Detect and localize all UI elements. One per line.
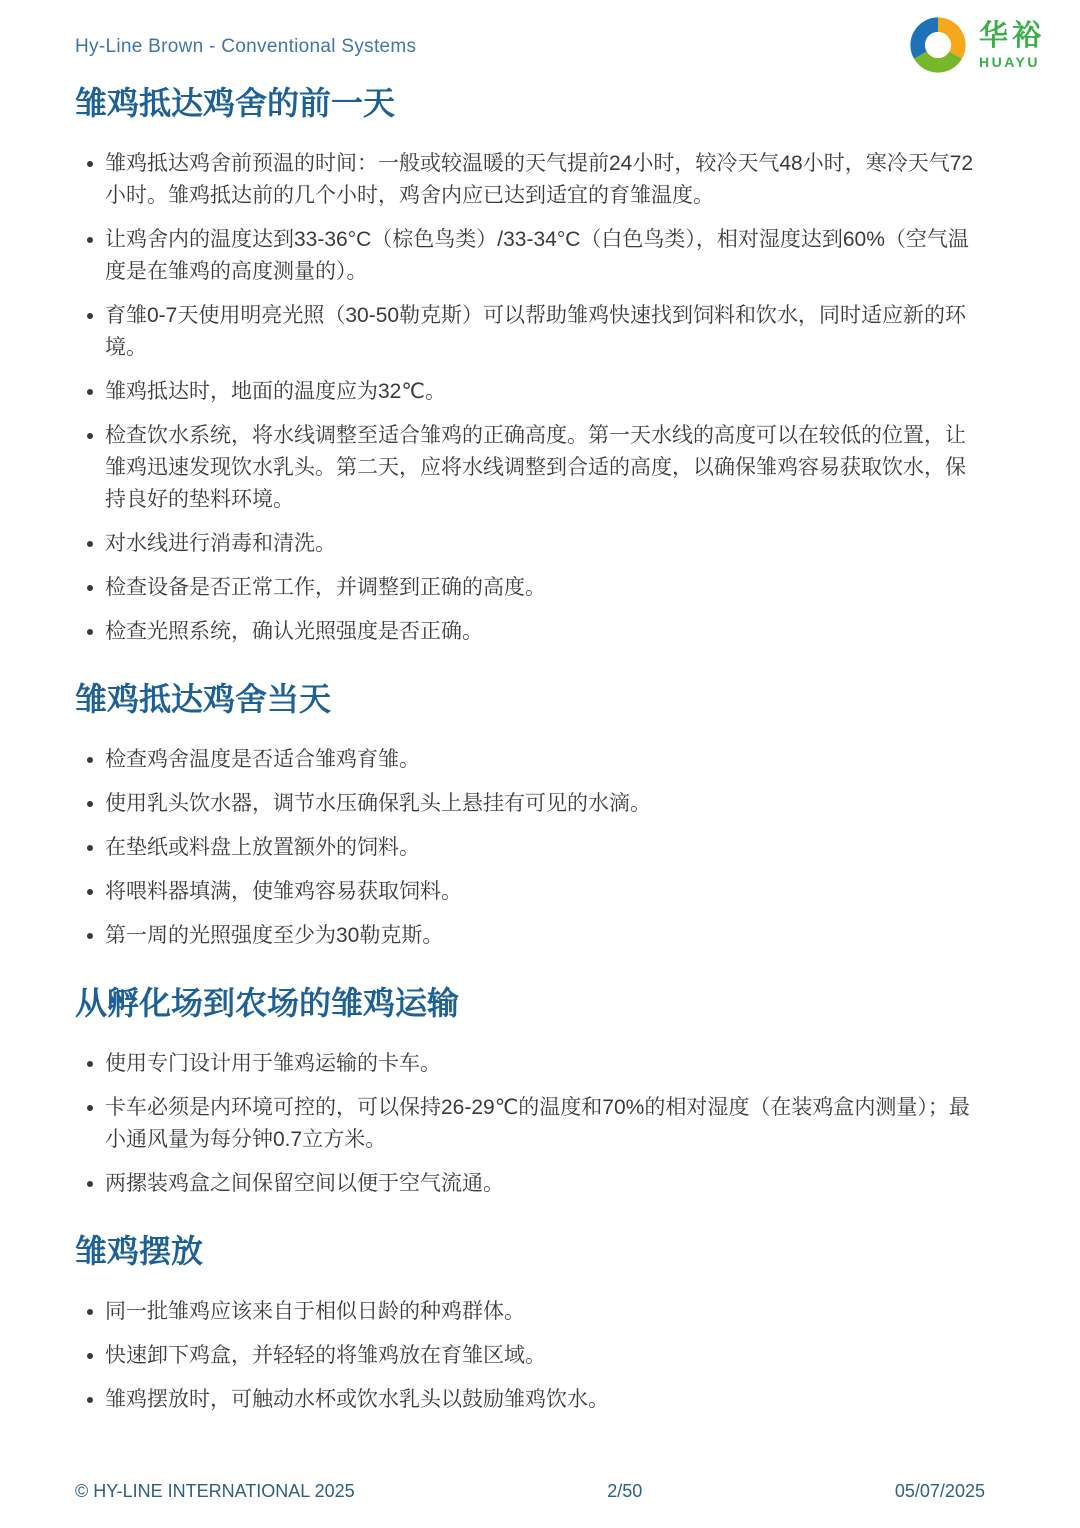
huayu-logo: 华裕 HUAYU	[907, 14, 1045, 76]
section-title-chick-placement: 雏鸡摆放	[75, 1230, 985, 1272]
list-item: 育雏0-7天使用明亮光照（30-50勒克斯）可以帮助雏鸡快速找到饲料和饮水，同时…	[75, 300, 985, 364]
list-item: 将喂料器填满，使雏鸡容易获取饲料。	[75, 876, 985, 908]
bullet-icon	[87, 1181, 93, 1187]
list-item-text: 使用专门设计用于雏鸡运输的卡车。	[105, 1048, 985, 1080]
logo-name-chinese: 华裕	[979, 22, 1045, 51]
list-item-text: 第一周的光照强度至少为30勒克斯。	[105, 920, 985, 952]
page-footer: © HY-LINE INTERNATIONAL 2025 2/50 05/07/…	[75, 1481, 985, 1502]
chick-placement-list: 同一批雏鸡应该来自于相似日龄的种鸡群体。 快速卸下鸡盒，并轻轻的将雏鸡放在育雏区…	[75, 1296, 985, 1416]
list-item: 雏鸡抵达鸡舍前预温的时间：一般或较温暖的天气提前24小时，较冷天气48小时，寒冷…	[75, 148, 985, 212]
logo-name-english: HUAYU	[979, 55, 1045, 69]
list-item-text: 检查鸡舍温度是否适合雏鸡育雏。	[105, 744, 985, 776]
bullet-icon	[87, 1309, 93, 1315]
list-item-text: 卡车必须是内环境可控的，可以保持26-29℃的温度和70%的相对湿度（在装鸡盒内…	[105, 1092, 985, 1156]
list-item: 快速卸下鸡盒，并轻轻的将雏鸡放在育雏区域。	[75, 1340, 985, 1372]
bullet-icon	[87, 1061, 93, 1067]
list-item: 让鸡舍内的温度达到33-36°C（棕色鸟类）/33-34°C（白色鸟类），相对湿…	[75, 224, 985, 288]
list-item: 检查设备是否正常工作，并调整到正确的高度。	[75, 572, 985, 604]
bullet-icon	[87, 629, 93, 635]
huayu-logo-text: 华裕 HUAYU	[979, 22, 1045, 69]
list-item-text: 使用乳头饮水器，调节水压确保乳头上悬挂有可见的水滴。	[105, 788, 985, 820]
section-title-arrival-day: 雏鸡抵达鸡舍当天	[75, 678, 985, 720]
bullet-icon	[87, 845, 93, 851]
bullet-icon	[87, 757, 93, 763]
list-item: 雏鸡摆放时，可触动水杯或饮水乳头以鼓励雏鸡饮水。	[75, 1384, 985, 1416]
bullet-icon	[87, 433, 93, 439]
list-item-text: 雏鸡摆放时，可触动水杯或饮水乳头以鼓励雏鸡饮水。	[105, 1384, 985, 1416]
bullet-icon	[87, 1397, 93, 1403]
bullet-icon	[87, 1353, 93, 1359]
arrival-day-list: 检查鸡舍温度是否适合雏鸡育雏。 使用乳头饮水器，调节水压确保乳头上悬挂有可见的水…	[75, 744, 985, 952]
document-header-title: Hy-Line Brown - Conventional Systems	[75, 34, 985, 60]
bullet-icon	[87, 161, 93, 167]
transport-list: 使用专门设计用于雏鸡运输的卡车。 卡车必须是内环境可控的，可以保持26-29℃的…	[75, 1048, 985, 1200]
list-item: 检查鸡舍温度是否适合雏鸡育雏。	[75, 744, 985, 776]
huayu-logo-icon	[907, 14, 969, 76]
list-item-text: 快速卸下鸡盒，并轻轻的将雏鸡放在育雏区域。	[105, 1340, 985, 1372]
list-item: 对水线进行消毒和清洗。	[75, 528, 985, 560]
list-item-text: 同一批雏鸡应该来自于相似日龄的种鸡群体。	[105, 1296, 985, 1328]
list-item-text: 雏鸡抵达时，地面的温度应为32℃。	[105, 376, 985, 408]
list-item-text: 雏鸡抵达鸡舍前预温的时间：一般或较温暖的天气提前24小时，较冷天气48小时，寒冷…	[105, 148, 985, 212]
bullet-icon	[87, 585, 93, 591]
bullet-icon	[87, 313, 93, 319]
list-item-text: 让鸡舍内的温度达到33-36°C（棕色鸟类）/33-34°C（白色鸟类），相对湿…	[105, 224, 985, 288]
bullet-icon	[87, 801, 93, 807]
list-item-text: 育雏0-7天使用明亮光照（30-50勒克斯）可以帮助雏鸡快速找到饲料和饮水，同时…	[105, 300, 985, 364]
list-item: 使用乳头饮水器，调节水压确保乳头上悬挂有可见的水滴。	[75, 788, 985, 820]
list-item: 同一批雏鸡应该来自于相似日龄的种鸡群体。	[75, 1296, 985, 1328]
list-item-text: 在垫纸或料盘上放置额外的饲料。	[105, 832, 985, 864]
list-item-text: 将喂料器填满，使雏鸡容易获取饲料。	[105, 876, 985, 908]
section-title-day-before-arrival: 雏鸡抵达鸡舍的前一天	[75, 82, 985, 124]
list-item-text: 检查光照系统，确认光照强度是否正确。	[105, 616, 985, 648]
day-before-arrival-list: 雏鸡抵达鸡舍前预温的时间：一般或较温暖的天气提前24小时，较冷天气48小时，寒冷…	[75, 148, 985, 648]
list-item: 使用专门设计用于雏鸡运输的卡车。	[75, 1048, 985, 1080]
bullet-icon	[87, 541, 93, 547]
footer-date: 05/07/2025	[895, 1481, 985, 1502]
list-item-text: 检查设备是否正常工作，并调整到正确的高度。	[105, 572, 985, 604]
list-item-text: 两摞装鸡盒之间保留空间以便于空气流通。	[105, 1168, 985, 1200]
list-item-text: 检查饮水系统，将水线调整至适合雏鸡的正确高度。第一天水线的高度可以在较低的位置，…	[105, 420, 985, 516]
list-item: 检查饮水系统，将水线调整至适合雏鸡的正确高度。第一天水线的高度可以在较低的位置，…	[75, 420, 985, 516]
document-page: Hy-Line Brown - Conventional Systems 华裕 …	[0, 0, 1080, 1528]
list-item: 在垫纸或料盘上放置额外的饲料。	[75, 832, 985, 864]
footer-page-number: 2/50	[607, 1481, 642, 1502]
bullet-icon	[87, 389, 93, 395]
list-item: 两摞装鸡盒之间保留空间以便于空气流通。	[75, 1168, 985, 1200]
list-item: 第一周的光照强度至少为30勒克斯。	[75, 920, 985, 952]
list-item: 检查光照系统，确认光照强度是否正确。	[75, 616, 985, 648]
list-item-text: 对水线进行消毒和清洗。	[105, 528, 985, 560]
bullet-icon	[87, 1105, 93, 1111]
bullet-icon	[87, 889, 93, 895]
bullet-icon	[87, 237, 93, 243]
list-item: 卡车必须是内环境可控的，可以保持26-29℃的温度和70%的相对湿度（在装鸡盒内…	[75, 1092, 985, 1156]
list-item: 雏鸡抵达时，地面的温度应为32℃。	[75, 376, 985, 408]
section-title-transport: 从孵化场到农场的雏鸡运输	[75, 982, 985, 1024]
footer-copyright: © HY-LINE INTERNATIONAL 2025	[75, 1481, 355, 1502]
bullet-icon	[87, 933, 93, 939]
